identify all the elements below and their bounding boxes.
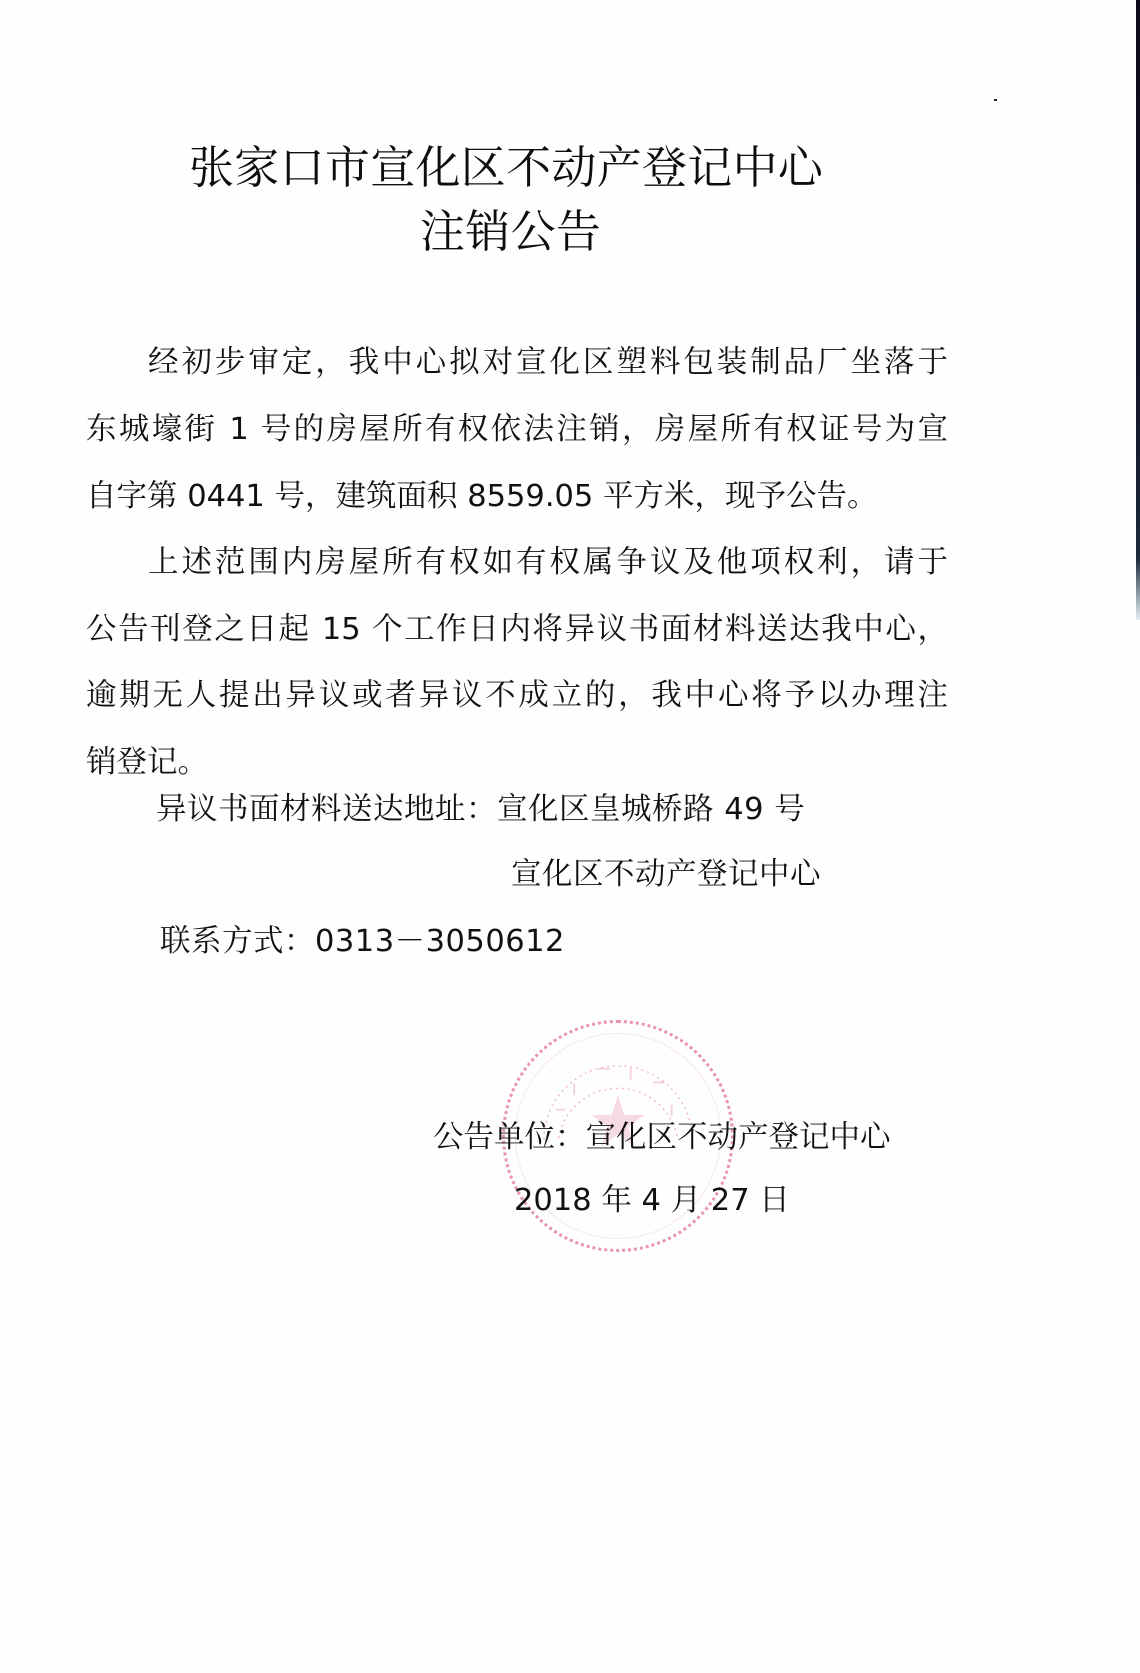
contact-line: 联系方式：0313－3050612 xyxy=(160,922,565,962)
scan-edge-shadow xyxy=(1136,0,1140,620)
objection-recipient-line: 宣化区不动产登记中心 xyxy=(511,855,821,895)
scanned-document-page: 张家口市宣化区不动产登记中心 注销公告 经初步审定，我中心拟对宣化区塑料包装制品… xyxy=(0,0,1140,1673)
paragraph-2-line-3: 逾期无人提出异议或者异议不成立的，我中心将予以办理注 xyxy=(86,676,948,716)
issuer-signature-line: 公告单位：宣化区不动产登记中心 xyxy=(433,1118,891,1158)
paragraph-1-line-1: 经初步审定，我中心拟对宣化区塑料包装制品厂坐落于 xyxy=(148,343,948,383)
document-title-notice: 注销公告 xyxy=(420,204,601,260)
document-title-organization: 张家口市宣化区不动产登记中心 xyxy=(189,140,829,196)
issue-date-line: 2018 年 4 月 27 日 xyxy=(514,1181,790,1221)
paragraph-2-line-1: 上述范围内房屋所有权如有权属争议及他项权利，请于 xyxy=(148,543,948,583)
paragraph-1-line-3: 自字第 0441 号，建筑面积 8559.05 平方米，现予公告。 xyxy=(86,477,948,517)
scan-speck xyxy=(994,99,997,101)
paragraph-2-line-2: 公告刊登之日起 15 个工作日内将异议书面材料送达我中心， xyxy=(86,610,948,650)
paragraph-2-line-4: 销登记。 xyxy=(86,743,948,783)
paragraph-1-line-2: 东城壕街 1 号的房屋所有权依法注销，房屋所有权证号为宣 xyxy=(86,410,948,450)
objection-address-line: 异议书面材料送达地址：宣化区皇城桥路 49 号 xyxy=(156,790,805,830)
